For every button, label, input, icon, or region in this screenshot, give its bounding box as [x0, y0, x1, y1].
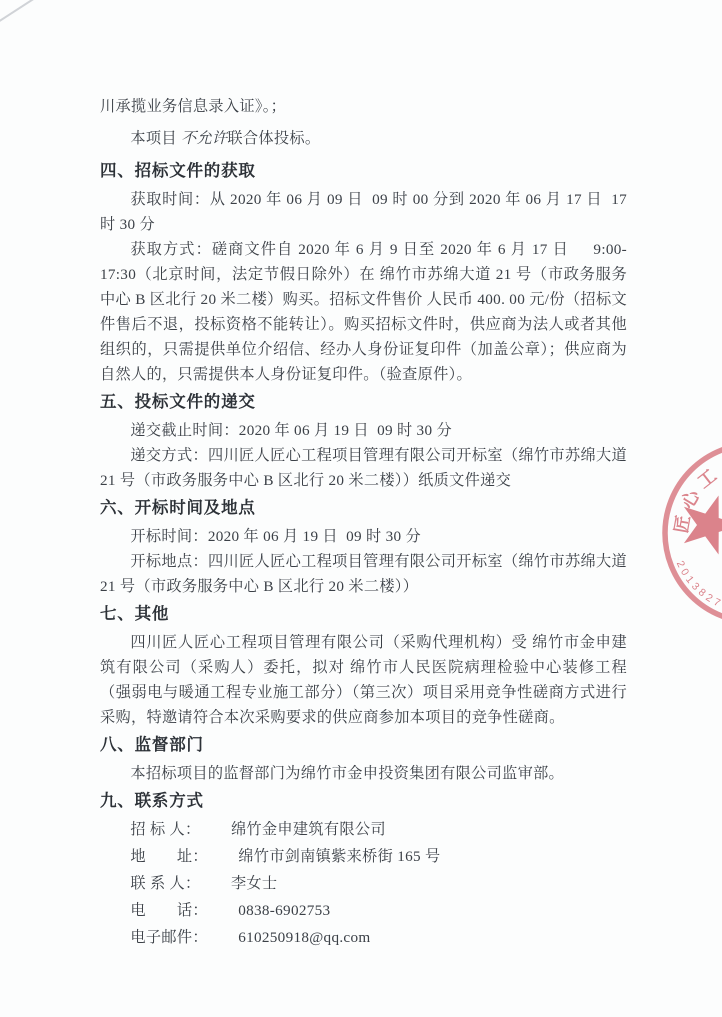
section-6-opening-place: 开标地点：四川匠人匠心工程项目管理有限公司开标室（绵竹市苏绵大道 21 号（市政… — [100, 549, 627, 599]
contact-person-value: 李女士 — [201, 871, 278, 896]
document-body: 川承揽业务信息录入证》。； 本项目 不允许联合体投标。 四、招标文件的获取 获取… — [100, 94, 627, 952]
contact-address-row: 地 址： 绵竹市剑南镇紫来桥街 165 号 — [100, 844, 627, 869]
contact-phone-label: 电 话： — [100, 898, 208, 923]
contact-email-label: 电子邮件： — [100, 925, 208, 950]
section-8-heading: 八、监督部门 — [100, 732, 627, 757]
contact-bidder-value: 绵竹金申建筑有限公司 — [201, 817, 386, 842]
seal-star-shape — [673, 486, 722, 558]
seal-arc-text-holder: 匠心工 — [671, 462, 722, 535]
no-consortium-suffix: 联合体投标。 — [227, 130, 320, 147]
section-5-heading: 五、投标文件的递交 — [100, 389, 627, 414]
section-4-acquisition-time: 获取时间：从 2020 年 06 月 09 日 09 时 00 分到 2020 … — [100, 187, 627, 237]
contact-bidder-row: 招 标 人： 绵竹金申建筑有限公司 — [100, 817, 627, 842]
seal-serial-number: 2013827 — [674, 559, 722, 611]
section-5-submission-method: 递交方式：四川匠人匠心工程项目管理有限公司开标室（绵竹市苏绵大道 21 号（市政… — [100, 443, 627, 493]
section-7-heading: 七、其他 — [100, 601, 627, 626]
intro-continuation-line: 川承揽业务信息录入证》。； — [100, 94, 627, 119]
section-6-heading: 六、开标时间及地点 — [100, 495, 627, 520]
no-consortium-emphasis: 不允许 — [181, 130, 227, 147]
section-4-heading: 四、招标文件的获取 — [100, 158, 627, 183]
contact-person-label: 联 系 人： — [100, 871, 201, 896]
contact-address-value: 绵竹市剑南镇紫来桥街 165 号 — [208, 844, 441, 869]
seal-star — [673, 486, 722, 558]
seal-outer-ring — [665, 444, 722, 622]
no-consortium-prefix: 本项目 — [130, 130, 181, 147]
seal-serial-holder: 2013827 — [674, 559, 722, 611]
scanned-document-page: 川承揽业务信息录入证》。； 本项目 不允许联合体投标。 四、招标文件的获取 获取… — [0, 0, 722, 1017]
contact-bidder-label: 招 标 人： — [100, 817, 201, 842]
contact-email-value: 610250918@qq.com — [208, 925, 371, 950]
contact-person-row: 联 系 人： 李女士 — [100, 871, 627, 896]
contact-phone-value: 0838-6902753 — [208, 898, 331, 923]
section-7-other-paragraph: 四川匠人匠心工程项目管理有限公司（采购代理机构）受 绵竹市金申建筑有限公司（采购… — [100, 630, 627, 730]
section-9-heading: 九、联系方式 — [100, 788, 627, 813]
scan-corner-artifact — [0, 0, 35, 24]
seal-arc-text: 匠心工 — [671, 462, 722, 535]
no-consortium-statement: 本项目 不允许联合体投标。 — [100, 126, 627, 151]
section-5-deadline: 递交截止时间：2020 年 06 月 19 日 09 时 30 分 — [100, 418, 627, 443]
contact-address-label: 地 址： — [100, 844, 208, 869]
section-6-opening-time: 开标时间：2020 年 06 月 19 日 09 时 30 分 — [100, 524, 627, 549]
section-4-acquisition-method: 获取方式：磋商文件自 2020 年 6 月 9 日至 2020 年 6 月 17… — [100, 237, 627, 387]
contact-phone-row: 电 话： 0838-6902753 — [100, 898, 627, 923]
contact-email-row: 电子邮件： 610250918@qq.com — [100, 925, 627, 950]
company-seal-stamp: 匠心工 2013827 — [649, 428, 722, 638]
section-8-supervision-paragraph: 本招标项目的监督部门为绵竹市金申投资集团有限公司监审部。 — [100, 761, 627, 786]
